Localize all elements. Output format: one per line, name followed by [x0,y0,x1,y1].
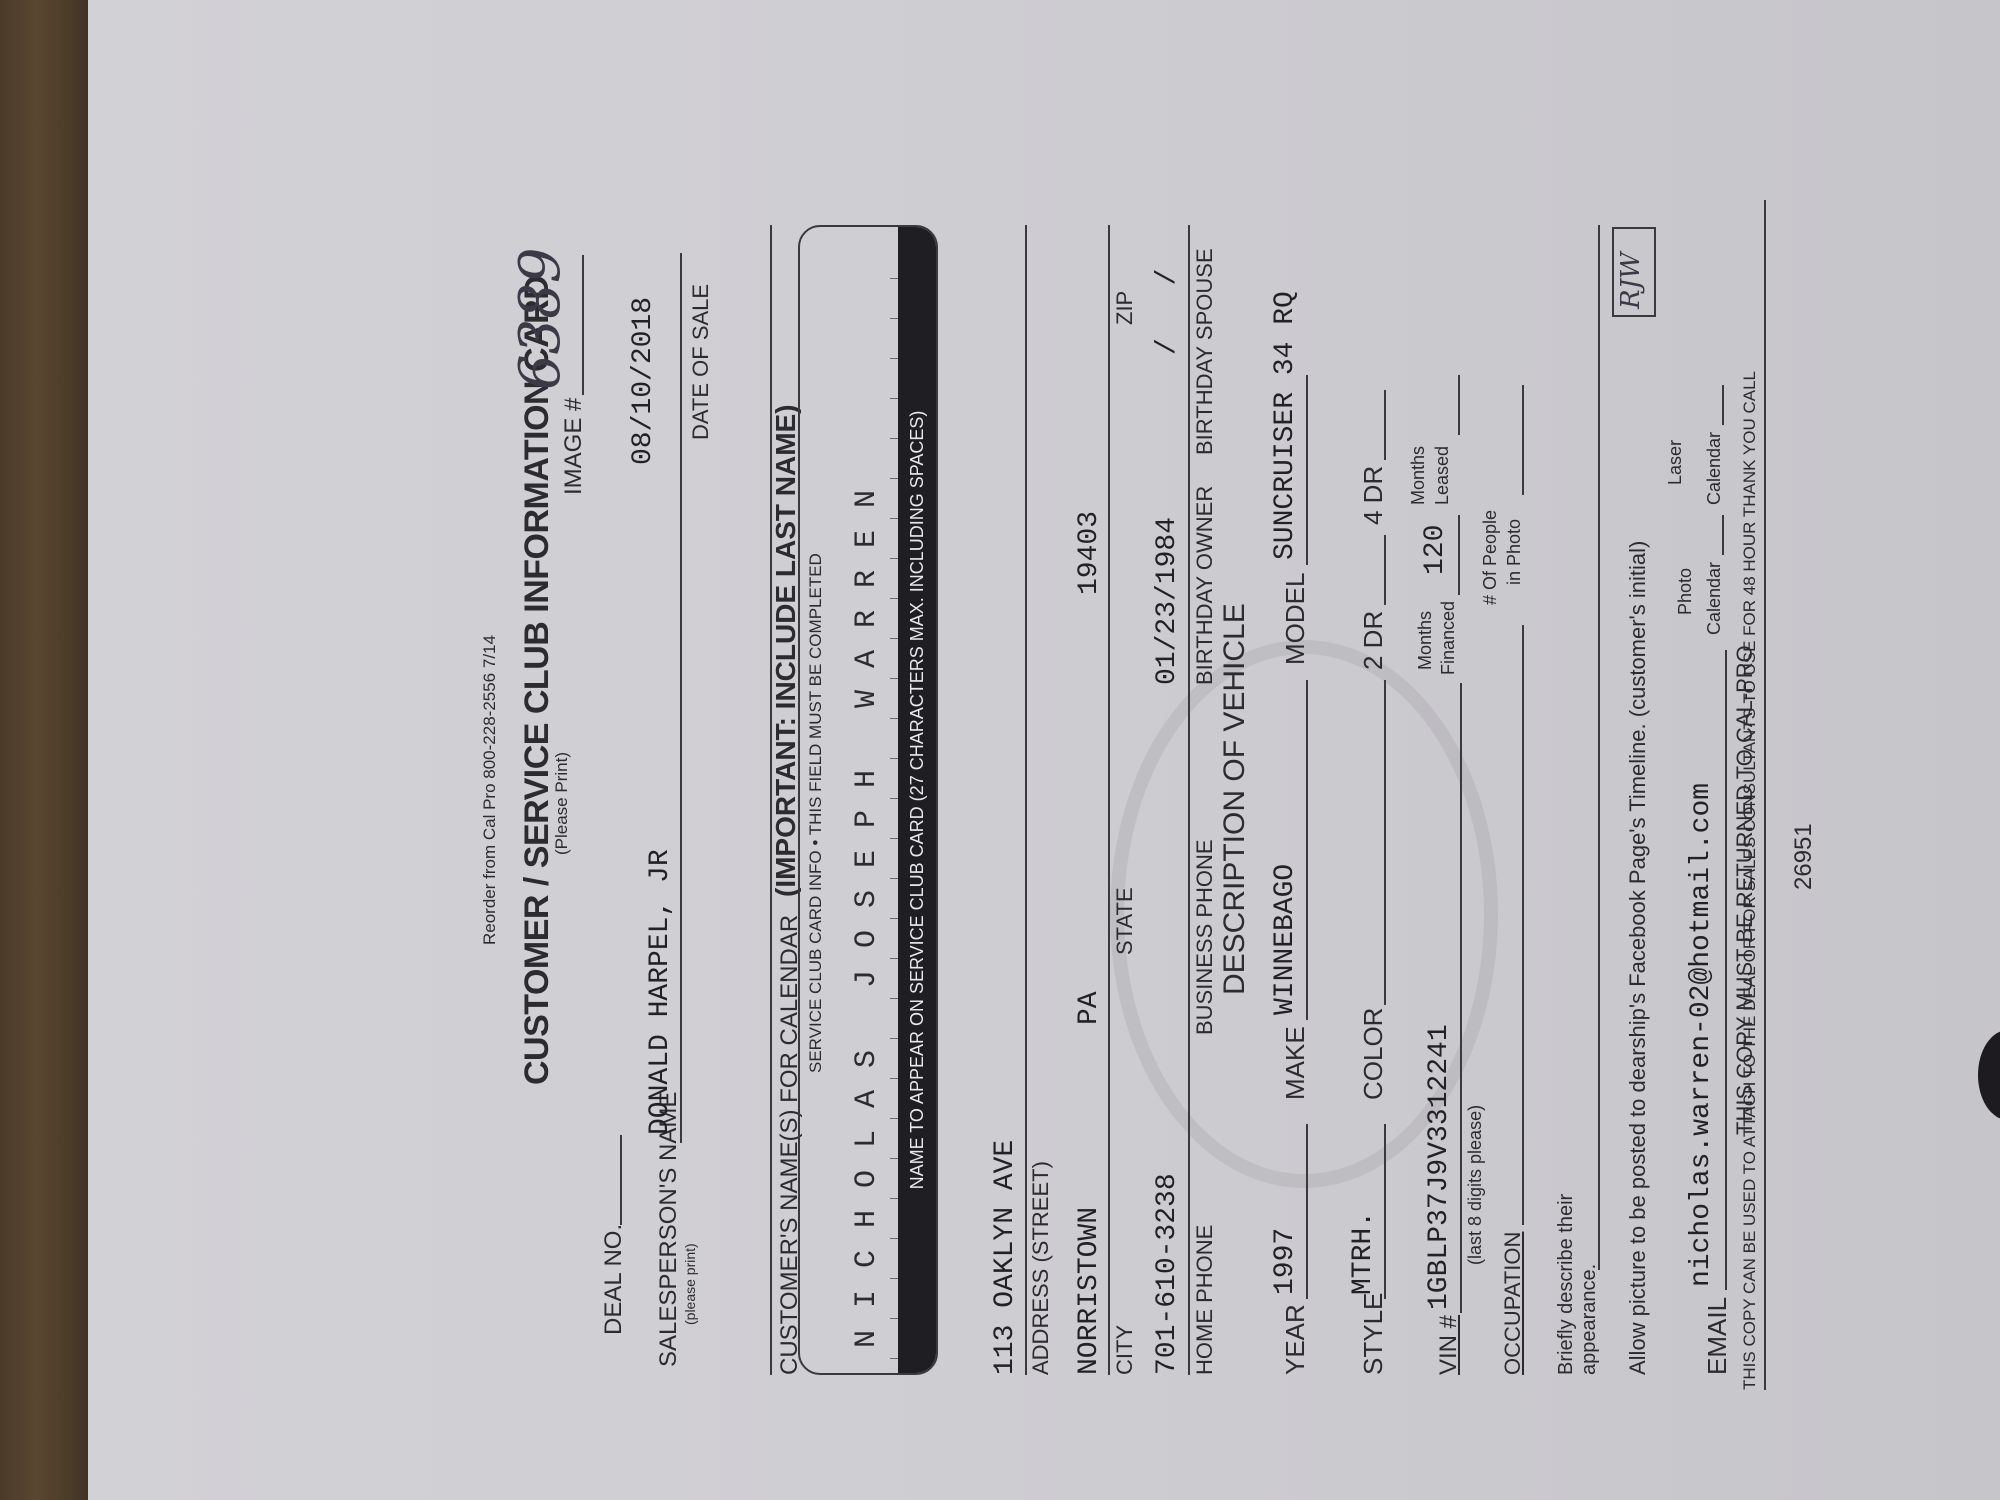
appearance-label-1: Briefly describe their [1555,1194,1578,1375]
name-character: O [850,1159,884,1199]
image-number-label: IMAGE # [560,398,588,495]
vehicle-heading: DESCRIPTION OF VEHICLE [1218,603,1252,995]
service-club-note: SERVICE CLUB CARD INFO • THIS FIELD MUST… [806,553,826,1073]
people-in-photo-label-1: # Of People [1480,510,1501,605]
photo-calendar-label-2: Calendar [1704,562,1725,635]
make-value[interactable]: WINNEBAGO [1270,864,1301,1015]
birthday-owner-value[interactable]: 01/23/1984 [1152,517,1183,685]
two-door-field[interactable] [1384,535,1386,605]
vin-label: VIN # [1435,1315,1463,1375]
name-character: S [850,879,884,919]
photo-calendar-label-1: Photo [1675,568,1696,615]
year-label: YEAR [1280,1304,1311,1375]
customer-info-card-form: Reorder from Cal Pro 800-228-2556 7/14 C… [480,195,1780,1375]
reorder-line: Reorder from Cal Pro 800-228-2556 7/14 [480,635,500,945]
name-character: H [850,1199,884,1239]
people-in-photo-label-2: in Photo [1504,519,1525,585]
salesperson-sublabel: (please print) [682,1243,698,1325]
months-leased-value[interactable]: 120 [1420,525,1451,575]
color-label: COLOR [1358,1008,1389,1100]
form-title: CUSTOMER / SERVICE CLUB INFORMATION CARD [518,276,557,1085]
name-character [850,719,884,759]
laser-calendar-label-1: Laser [1665,440,1686,485]
name-character: E [850,519,884,559]
months-leased-label-1: Months [1408,446,1429,505]
form-footer: THIS COPY CAN BE USED TO ATTACH TO THE D… [1740,190,1820,1390]
name-character: J [850,959,884,999]
address-label: ADDRESS (STREET) [1028,1161,1054,1375]
name-band: NAME TO APPEAR ON SERVICE CLUB CARD (27 … [898,227,936,1373]
name-character: E [850,839,884,879]
image-number-value[interactable]: 6389 [508,247,573,390]
name-character: O [850,919,884,959]
make-label: MAKE [1280,1026,1311,1100]
name-character: A [850,639,884,679]
salesperson-value[interactable]: DONALD HARPEL, JR [645,849,676,1135]
email-label: EMAIL [1702,1297,1733,1375]
photo-calendar-field[interactable] [1722,515,1724,555]
email-value[interactable]: nicholas.warren-02@hotmail.com [1686,783,1717,1287]
please-print-note: (Please Print) [552,752,572,855]
state-value[interactable]: PA [1074,991,1105,1025]
four-door-field[interactable] [1384,390,1386,460]
laser-calendar-field[interactable] [1722,385,1724,425]
wood-desk-edge [0,0,92,1500]
form-number: 26951 [1790,823,1818,890]
name-character: W [850,679,884,719]
facebook-consent: Allow picture to be posted to dearship's… [1625,541,1651,1375]
occupation-field[interactable] [1522,625,1524,1225]
deal-no-field[interactable] [620,1135,622,1225]
people-in-photo-field[interactable] [1522,385,1524,495]
color-field[interactable] [1384,680,1386,1005]
name-character: R [850,599,884,639]
appearance-label-2: appearance. [1578,1264,1601,1375]
name-character: L [850,1119,884,1159]
name-character: H [850,759,884,799]
home-phone-label: HOME PHONE [1192,1225,1218,1375]
four-door-label: 4 DR [1358,466,1389,525]
birthday-spouse-label: BIRTHDAY SPOUSE [1192,248,1218,455]
name-character: C [850,1239,884,1279]
address-value[interactable]: 113 OAKLYN AVE [990,1140,1021,1375]
deal-no-label: DEAL NO. [600,1224,628,1335]
months-financed-label-1: Months [1415,611,1436,670]
date-of-sale-value[interactable]: 08/10/2018 [628,297,659,465]
year-value[interactable]: 1997 [1270,1228,1301,1295]
appearance-field[interactable] [1598,225,1600,1270]
laser-calendar-label-2: Calendar [1704,432,1725,505]
customer-name-characters: NICHOLAS JOSEPH WARREN [850,479,884,1359]
style-value[interactable]: MTRH. [1348,1211,1379,1295]
style-label: STYLE [1358,1293,1389,1375]
state-label: STATE [1112,887,1138,955]
city-label: CITY [1112,1325,1138,1375]
home-phone-value[interactable]: 701-610-3238 [1152,1173,1183,1375]
date-of-sale-label: DATE OF SALE [688,284,714,440]
birthday-spouse-value[interactable]: / / [1152,251,1183,355]
name-character: P [850,799,884,839]
zip-value[interactable]: 19403 [1074,511,1105,595]
zip-label: ZIP [1112,291,1138,325]
name-character: N [850,1319,884,1359]
birthday-owner-label: BIRTHDAY OWNER [1192,486,1218,685]
months-financed-label-2: Financed [1438,601,1459,675]
name-character: A [850,1079,884,1119]
city-value[interactable]: NORRISTOWN [1074,1207,1105,1375]
service-club-name-box[interactable]: SERVICE CLUB CARD INFO • THIS FIELD MUST… [798,225,938,1375]
months-leased-label-2: Leased [1432,446,1453,505]
footer-note: THIS COPY CAN BE USED TO ATTACH TO THE D… [1740,371,1760,1390]
business-phone-label: BUSINESS PHONE [1192,839,1218,1035]
name-character: N [850,479,884,519]
two-door-label: 2 DR [1358,611,1389,670]
name-character: R [850,559,884,599]
customer-initial: RJW [1616,252,1646,309]
occupation-label: OCCUPATION [1500,1232,1526,1375]
customer-initial-box[interactable]: RJW [1612,227,1656,317]
name-character: I [850,1279,884,1319]
vin-value[interactable]: 1GBLP37J9V3312241 [1424,1024,1455,1310]
model-value[interactable]: SUNCRUISER 34 RQ [1270,291,1301,560]
name-character [850,999,884,1039]
name-character: S [850,1039,884,1079]
model-label: MODEL [1280,573,1311,665]
vin-note: (last 8 digits please) [1465,1105,1486,1265]
